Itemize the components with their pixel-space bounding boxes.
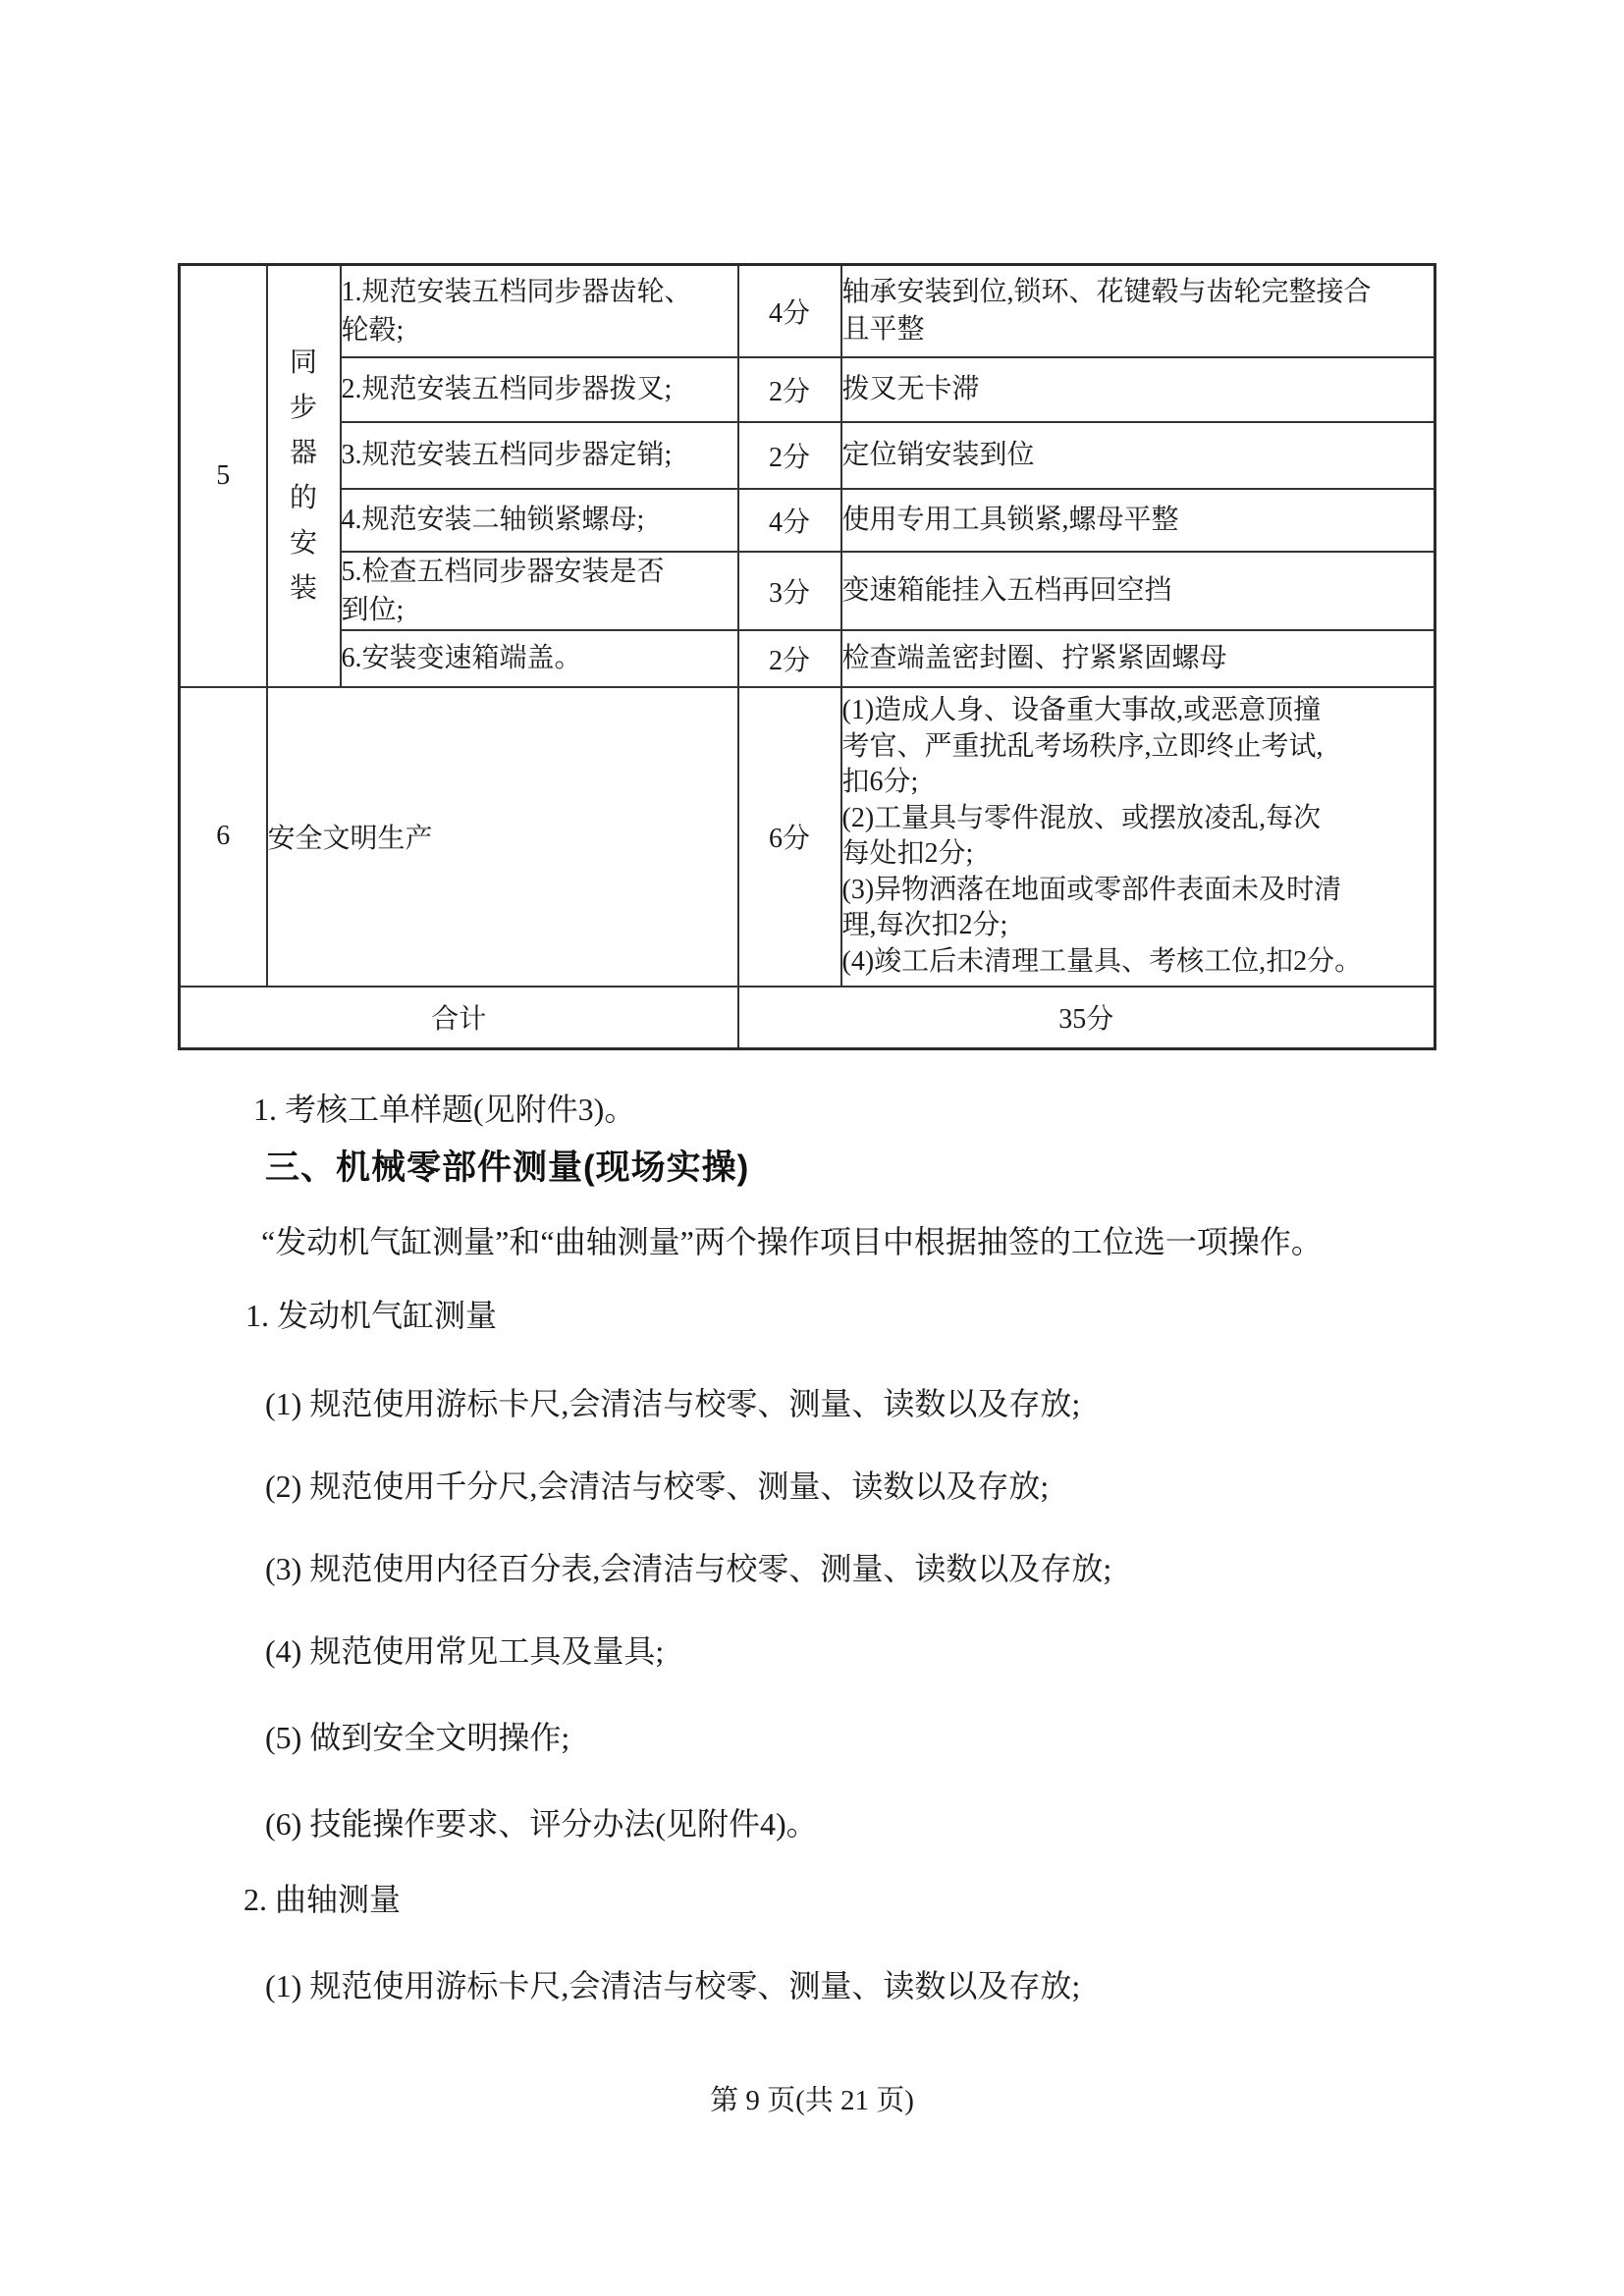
task-criteria: 拨叉无卡滞: [841, 357, 1435, 422]
section5-category-vertical-label: 同步器的安装: [289, 341, 318, 612]
task-score: 4分: [738, 265, 841, 357]
list-item: (6) 技能操作要求、评分办法(见附件4)。: [265, 1802, 818, 1845]
document-page: 5 同步器的安装 1.规范安装五档同步器齿轮、 轮毂; 4分 轴承安装到位,锁环…: [0, 0, 1624, 2296]
section6-row-number: 6: [180, 687, 267, 987]
intro-paragraph: “发动机气缸测量”和“曲轴测量”两个操作项目中根据抽签的工位选一项操作。: [261, 1220, 1323, 1263]
table-row-total: 合计 35分: [180, 987, 1435, 1049]
task-score: 4分: [738, 489, 841, 552]
task-criteria: 轴承安装到位,锁环、花键毂与齿轮完整接合 且平整: [841, 265, 1435, 357]
task-score: 3分: [738, 552, 841, 630]
scoring-table: 5 同步器的安装 1.规范安装五档同步器齿轮、 轮毂; 4分 轴承安装到位,锁环…: [178, 263, 1436, 1050]
task-criteria: 变速箱能挂入五档再回空挡: [841, 552, 1435, 630]
section5-row-number: 5: [180, 265, 267, 687]
section6-score: 6分: [738, 687, 841, 987]
page-number-footer: 第 9 页(共 21 页): [0, 2079, 1624, 2122]
task-criteria: 定位销安装到位: [841, 422, 1435, 489]
table-row: 2.规范安装五档同步器拨叉; 2分 拨叉无卡滞: [180, 357, 1435, 422]
total-label: 合计: [180, 987, 738, 1049]
section6-category: 安全文明生产: [267, 687, 738, 987]
note-line: 1. 考核工单样题(见附件3)。: [253, 1088, 635, 1131]
task-score: 2分: [738, 357, 841, 422]
task-criteria: 检查端盖密封圈、拧紧紧固螺母: [841, 630, 1435, 687]
total-score: 35分: [738, 987, 1435, 1049]
task-description: 6.安装变速箱端盖。: [341, 630, 738, 687]
task-score: 2分: [738, 630, 841, 687]
section5-category-cell: 同步器的安装: [267, 265, 341, 687]
list-item: (4) 规范使用常见工具及量具;: [265, 1629, 664, 1673]
task-description: 1.规范安装五档同步器齿轮、 轮毂;: [341, 265, 738, 357]
task-score: 2分: [738, 422, 841, 489]
task-description: 2.规范安装五档同步器拨叉;: [341, 357, 738, 422]
table-row: 5.检查五档同步器安装是否 到位; 3分 变速箱能挂入五档再回空挡: [180, 552, 1435, 630]
list-item: (2) 规范使用千分尺,会清洁与校零、测量、读数以及存放;: [265, 1465, 1049, 1508]
subsection2-title: 2. 曲轴测量: [244, 1878, 401, 1921]
subsection1-title: 1. 发动机气缸测量: [245, 1294, 497, 1337]
section6-criteria: (1)造成人身、设备重大事故,或恶意顶撞 考官、严重扰乱考场秩序,立即终止考试,…: [841, 687, 1435, 987]
task-criteria: 使用专用工具锁紧,螺母平整: [841, 489, 1435, 552]
table-row-safety: 6 安全文明生产 6分 (1)造成人身、设备重大事故,或恶意顶撞 考官、严重扰乱…: [180, 687, 1435, 987]
section-heading: 三、机械零部件测量(现场实操): [265, 1145, 749, 1192]
list-item: (1) 规范使用游标卡尺,会清洁与校零、测量、读数以及存放;: [265, 1382, 1080, 1425]
task-description: 3.规范安装五档同步器定销;: [341, 422, 738, 489]
list-item: (3) 规范使用内径百分表,会清洁与校零、测量、读数以及存放;: [265, 1547, 1111, 1590]
task-description: 4.规范安装二轴锁紧螺母;: [341, 489, 738, 552]
table-row: 4.规范安装二轴锁紧螺母; 4分 使用专用工具锁紧,螺母平整: [180, 489, 1435, 552]
table-row: 3.规范安装五档同步器定销; 2分 定位销安装到位: [180, 422, 1435, 489]
task-description: 5.检查五档同步器安装是否 到位;: [341, 552, 738, 630]
table-row: 5 同步器的安装 1.规范安装五档同步器齿轮、 轮毂; 4分 轴承安装到位,锁环…: [180, 265, 1435, 357]
table-row: 6.安装变速箱端盖。 2分 检查端盖密封圈、拧紧紧固螺母: [180, 630, 1435, 687]
list-item: (5) 做到安全文明操作;: [265, 1716, 569, 1759]
list-item: (1) 规范使用游标卡尺,会清洁与校零、测量、读数以及存放;: [265, 1964, 1080, 2007]
